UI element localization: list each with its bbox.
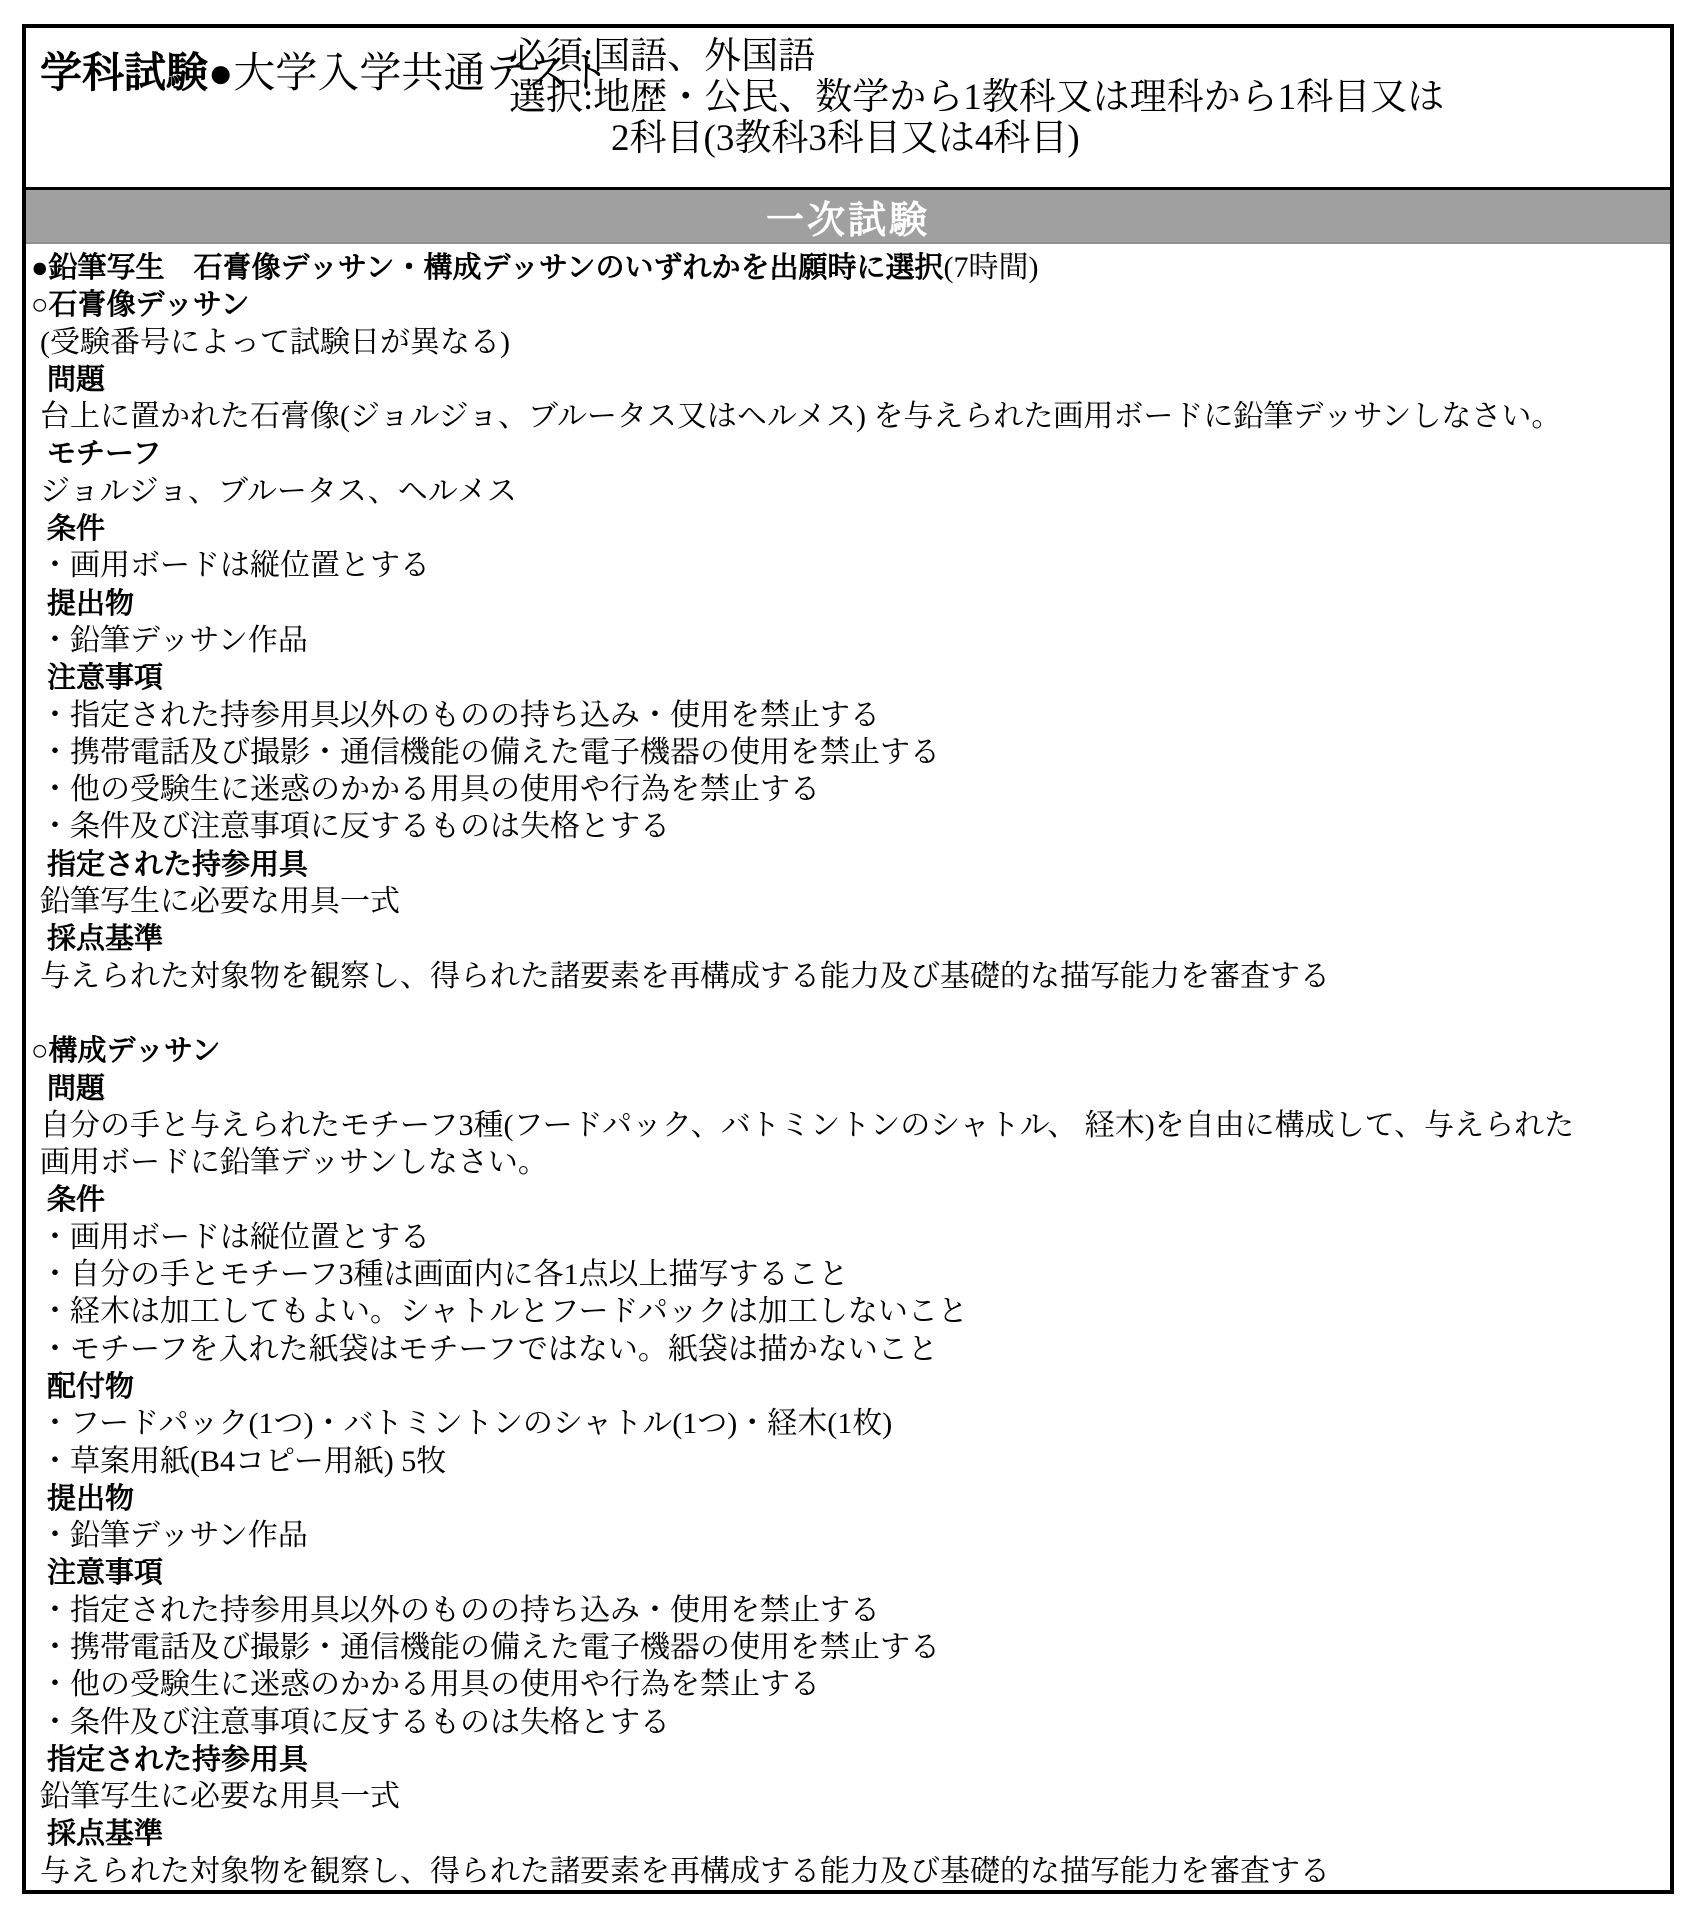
body-line: (受験番号によって試験日が異なる) [26, 324, 1670, 361]
body-line: ○構成デッサン [26, 1032, 1670, 1069]
body-line-heading-text: 注意事項 [47, 1557, 163, 1589]
body-line-heading-text: 問題 [47, 1073, 105, 1105]
body-line: ・他の受験生に迷惑のかかる用具の使用や行為を禁止する [26, 771, 1670, 808]
body-line-text: ・他の受験生に迷惑のかかる用具の使用や行為を禁止する [40, 1668, 820, 1701]
body-line: ・モチーフを入れた紙袋はモチーフではない。紙袋は描かないこと [26, 1331, 1670, 1368]
body-line-text: ・画用ボードは縦位置とする [40, 1221, 430, 1254]
body-line: ・鉛筆デッサン作品 [26, 622, 1670, 659]
body-line: 与えられた対象物を観察し、得られた諸要素を再構成する能力及び基礎的な描写能力を審… [26, 1853, 1670, 1890]
body-line: ・フードパック(1つ)・バトミントンのシャトル(1つ)・経木(1枚) [26, 1405, 1670, 1442]
body-line-heading-text: 条件 [47, 1184, 105, 1216]
body-line-text: 与えられた対象物を観察し、得られた諸要素を再構成する能力及び基礎的な描写能力を審… [40, 1855, 1330, 1888]
body-line-heading-text: 採点基準 [47, 923, 163, 955]
exam-info-table: 学科試験●大学入学共通テスト 必須:国語、外国語 選択:地歴・公民、数学から1教… [22, 24, 1674, 1894]
body-line-heading-text: 提出物 [47, 588, 134, 620]
body-line: ・条件及び注意事項に反するものは失格とする [26, 808, 1670, 845]
body-line: ・画用ボードは縦位置とする [26, 1219, 1670, 1256]
body-line-heading-text: 問題 [47, 364, 105, 396]
body-line: 鉛筆写生に必要な用具一式 [26, 1778, 1670, 1815]
body-line: 注意事項 [26, 1554, 1670, 1591]
body-line-heading-text: 配付物 [47, 1371, 134, 1403]
body-line: 提出物 [26, 585, 1670, 622]
body-line-text: 与えられた対象物を観察し、得られた諸要素を再構成する能力及び基礎的な描写能力を審… [40, 960, 1330, 993]
body-line: 与えられた対象物を観察し、得られた諸要素を再構成する能力及び基礎的な描写能力を審… [26, 958, 1670, 995]
body-line: 指定された持参用具 [26, 1741, 1670, 1778]
body-line: 台上に置かれた石膏像(ジョルジョ、ブルータス又はヘルメス) を与えられた画用ボー… [26, 398, 1670, 435]
body-line-heading-text: 条件 [47, 513, 105, 545]
body-line-text: 自分の手と与えられたモチーフ3種(フードパック、バトミントンのシャトル、 経木)… [40, 1109, 1574, 1142]
body-line: 指定された持参用具 [26, 846, 1670, 883]
body-line: 問題 [26, 1070, 1670, 1107]
body-line: ・指定された持参用具以外のものの持ち込み・使用を禁止する [26, 697, 1670, 734]
body-line: 提出物 [26, 1480, 1670, 1517]
body-line: 配付物 [26, 1368, 1670, 1405]
subject-requirements: 必須:国語、外国語 選択:地歴・公民、数学から1教科又は理科から1科目又は 2科… [509, 36, 1444, 159]
body-line-heading-text: ○石膏像デッサン [31, 289, 250, 321]
body-line-heading-text: 指定された持参用具 [47, 849, 308, 881]
elective-subjects-line-1: 選択:地歴・公民、数学から1教科又は理科から1科目又は [509, 77, 1444, 118]
body-line: ・指定された持参用具以外のものの持ち込み・使用を禁止する [26, 1592, 1670, 1629]
body-line-text: ・携帯電話及び撮影・通信機能の備えた電子機器の使用を禁止する [40, 1631, 940, 1664]
body-line-text: ・自分の手とモチーフ3種は画面内に各1点以上描写すること [40, 1258, 849, 1291]
body-line: モチーフ [26, 435, 1670, 472]
body-line: ジョルジョ、ブルータス、ヘルメス [26, 473, 1670, 510]
body-line-heading-text: モチーフ [47, 438, 162, 470]
body-line: ・鉛筆デッサン作品 [26, 1517, 1670, 1554]
body-line-text: ・画用ボードは縦位置とする [40, 549, 430, 582]
body-line: 採点基準 [26, 920, 1670, 957]
body-line: 注意事項 [26, 659, 1670, 696]
body-line: ・携帯電話及び撮影・通信機能の備えた電子機器の使用を禁止する [26, 734, 1670, 771]
body-line [26, 995, 1670, 1032]
academic-exam-title-label: 学科試験 [40, 49, 208, 96]
body-line: ○石膏像デッサン [26, 286, 1670, 323]
first-exam-section-title: 一次試験 [766, 189, 930, 244]
body-lines: ●鉛筆写生 石膏像デッサン・構成デッサンのいずれかを出願時に選択(7時間)○石膏… [26, 244, 1670, 1890]
bullet-icon: ● [208, 49, 233, 96]
body-line: ・他の受験生に迷惑のかかる用具の使用や行為を禁止する [26, 1666, 1670, 1703]
body-line-heading-text: 採点基準 [47, 1818, 163, 1850]
body-line-text: ・指定された持参用具以外のものの持ち込み・使用を禁止する [40, 1594, 880, 1627]
body-line-text: 画用ボードに鉛筆デッサンしなさい。 [40, 1146, 548, 1179]
body-line: 画用ボードに鉛筆デッサンしなさい。 [26, 1144, 1670, 1181]
body-line: ・携帯電話及び撮影・通信機能の備えた電子機器の使用を禁止する [26, 1629, 1670, 1666]
body-line-text: ・鉛筆デッサン作品 [40, 1519, 308, 1552]
body-line: 自分の手と与えられたモチーフ3種(フードパック、バトミントンのシャトル、 経木)… [26, 1107, 1670, 1144]
body-line: ●鉛筆写生 石膏像デッサン・構成デッサンのいずれかを出願時に選択(7時間) [26, 249, 1670, 286]
body-line-heading-text: 指定された持参用具 [47, 1744, 308, 1776]
body-line: ・自分の手とモチーフ3種は画面内に各1点以上描写すること [26, 1256, 1670, 1293]
body-line: ・経木は加工してもよい。シャトルとフードパックは加工しないこと [26, 1293, 1670, 1330]
exam-info-document: 学科試験●大学入学共通テスト 必須:国語、外国語 選択:地歴・公民、数学から1教… [0, 0, 1698, 1920]
body-line-text: ジョルジョ、ブルータス、ヘルメス [40, 475, 517, 508]
body-line-text: ・指定された持参用具以外のものの持ち込み・使用を禁止する [40, 699, 880, 732]
elective-subjects-line-2: 2科目(3教科3科目又は4科目) [509, 118, 1444, 159]
body-line-text: ・モチーフを入れた紙袋はモチーフではない。紙袋は描かないこと [40, 1333, 938, 1366]
body-line: 問題 [26, 361, 1670, 398]
body-line-text: ・経木は加工してもよい。シャトルとフードパックは加工しないこと [40, 1295, 968, 1328]
body-line: 条件 [26, 1181, 1670, 1218]
body-line-text: 台上に置かれた石膏像(ジョルジョ、ブルータス又はヘルメス) を与えられた画用ボー… [40, 400, 1561, 433]
body-line: ・画用ボードは縦位置とする [26, 547, 1670, 584]
body-line: 条件 [26, 510, 1670, 547]
body-line: 鉛筆写生に必要な用具一式 [26, 883, 1670, 920]
body-line-text: ・条件及び注意事項に反するものは失格とする [40, 810, 670, 843]
body-line: 採点基準 [26, 1815, 1670, 1852]
body-line-text: ・携帯電話及び撮影・通信機能の備えた電子機器の使用を禁止する [40, 736, 940, 769]
body-line-text: ・条件及び注意事項に反するものは失格とする [40, 1706, 670, 1739]
required-subjects-line: 必須:国語、外国語 [509, 36, 1444, 77]
body-line-text: ・草案用紙(B4コピー用紙) 5牧 [40, 1445, 446, 1478]
body-line-text: ・鉛筆デッサン作品 [40, 624, 308, 657]
body-line-heading-text: 提出物 [47, 1483, 134, 1515]
academic-exam-header-row: 学科試験●大学入学共通テスト 必須:国語、外国語 選択:地歴・公民、数学から1教… [26, 28, 1670, 187]
body-line: ・草案用紙(B4コピー用紙) 5牧 [26, 1443, 1670, 1480]
body-line-text: (7時間) [943, 251, 1038, 284]
body-line-text: (受験番号によって試験日が異なる) [40, 326, 510, 359]
body-line-text: 鉛筆写生に必要な用具一式 [40, 885, 400, 918]
body-line-heading-text: ○構成デッサン [31, 1035, 221, 1067]
first-exam-section-bar: 一次試験 [26, 187, 1670, 244]
body-line-text: 鉛筆写生に必要な用具一式 [40, 1780, 400, 1813]
body-line: ・条件及び注意事項に反するものは失格とする [26, 1704, 1670, 1741]
body-line-heading-text: 注意事項 [47, 662, 163, 694]
body-line-text: ・他の受験生に迷惑のかかる用具の使用や行為を禁止する [40, 773, 820, 806]
body-line-text: ・フードパック(1つ)・バトミントンのシャトル(1つ)・経木(1枚) [40, 1407, 892, 1440]
body-line-heading-text: ●鉛筆写生 石膏像デッサン・構成デッサンのいずれかを出願時に選択 [31, 252, 943, 284]
